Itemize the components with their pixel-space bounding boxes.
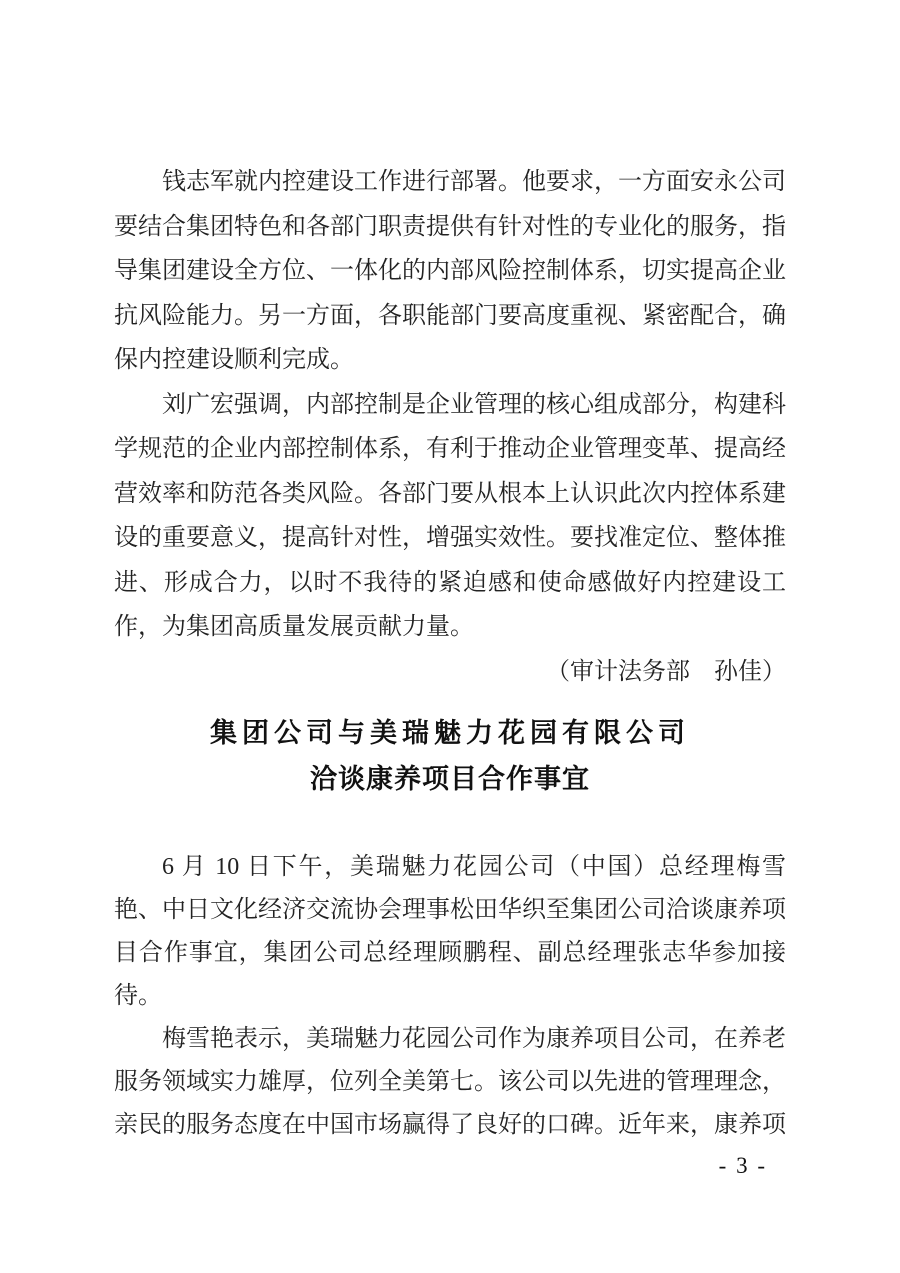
article-title: 集团公司与美瑞魅力花园有限公司 洽谈康养项目合作事宜 <box>114 710 786 802</box>
document-page: 钱志军就内控建设工作进行部署。他要求，一方面安永公司要结合集团特色和各部门职责提… <box>0 0 900 1273</box>
paragraph: 6 月 10 日下午，美瑞魅力花园公司（中国）总经理梅雪艳、中日文化经济交流协会… <box>114 846 786 1018</box>
paragraph: 钱志军就内控建设工作进行部署。他要求，一方面安永公司要结合集团特色和各部门职责提… <box>114 160 786 383</box>
paragraph: 梅雪艳表示，美瑞魅力花园公司作为康养项目公司，在养老服务领域实力雄厚，位列全美第… <box>114 1018 786 1147</box>
document-content: 钱志军就内控建设工作进行部署。他要求，一方面安永公司要结合集团特色和各部门职责提… <box>114 0 786 1147</box>
article-cooperation-meeting: 6 月 10 日下午，美瑞魅力花园公司（中国）总经理梅雪艳、中日文化经济交流协会… <box>114 846 786 1147</box>
page-number: - 3 - <box>719 1153 767 1179</box>
article-internal-control: 钱志军就内控建设工作进行部署。他要求，一方面安永公司要结合集团特色和各部门职责提… <box>114 160 786 694</box>
title-line-1: 集团公司与美瑞魅力花园有限公司 <box>114 710 786 756</box>
paragraph: 刘广宏强调，内部控制是企业管理的核心组成部分，构建科学规范的企业内部控制体系，有… <box>114 383 786 650</box>
article-byline: （审计法务部 孙佳） <box>114 650 786 695</box>
title-line-2: 洽谈康养项目合作事宜 <box>114 756 786 802</box>
